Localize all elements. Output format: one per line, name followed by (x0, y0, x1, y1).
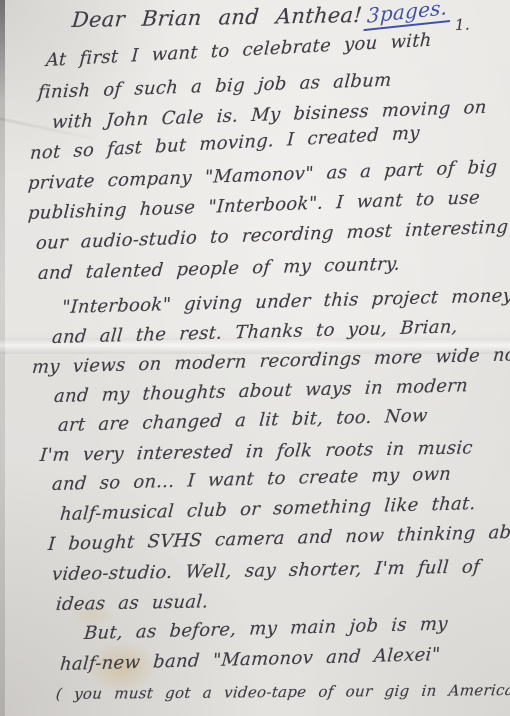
paper-edge-shadow (0, 0, 5, 716)
page-number: 1. (455, 15, 471, 34)
pages-note: 3pages. (364, 0, 451, 31)
paper: Dear Brian and Anthea! 3pages. 1. At fir… (0, 0, 510, 716)
letter-line: and all the rest. Thanks to you, Brian, (51, 316, 458, 348)
letter-line: with John Cale is. My bisiness moving on (51, 97, 487, 133)
letter-line: I'm very interested in folk roots in mus… (39, 437, 474, 466)
letter-line: ideas as usual. (55, 591, 209, 615)
letter-line: art are changed a lit bit, too. Now (57, 405, 428, 436)
letter-line: At first I want to celebrate you with (45, 30, 432, 71)
salutation: Dear Brian and Anthea! (71, 3, 363, 32)
letter-line: finish of such a big job as album (37, 70, 392, 103)
letter-line: our audio-studio to recording most inter… (35, 216, 509, 254)
letter-line: I bought SVHS camera and now thinking ab… (47, 521, 510, 555)
letter-line: and so on... I want to create my own (51, 464, 452, 496)
letter-line: ( you must got a video-tape of our gig i… (55, 681, 510, 703)
letter-line: "Interbook" giving under this project mo… (61, 285, 510, 318)
letter-line: half-new band "Mamonov and Alexei" (59, 644, 441, 675)
letter-line: my views on modern recordings more wide … (31, 344, 510, 378)
letter-line: and talented people of my country. (37, 253, 401, 284)
letter-line: and my thoughts about ways in modern (53, 375, 469, 407)
letter-line: But, as before, my main job is my (83, 613, 448, 644)
letter-line: publishing house "Interbook". I want to … (27, 187, 480, 224)
letter-line: video-studio. Well, say shorter, I'm ful… (51, 557, 481, 586)
letter-line: half-musical club or something like that… (59, 493, 476, 525)
